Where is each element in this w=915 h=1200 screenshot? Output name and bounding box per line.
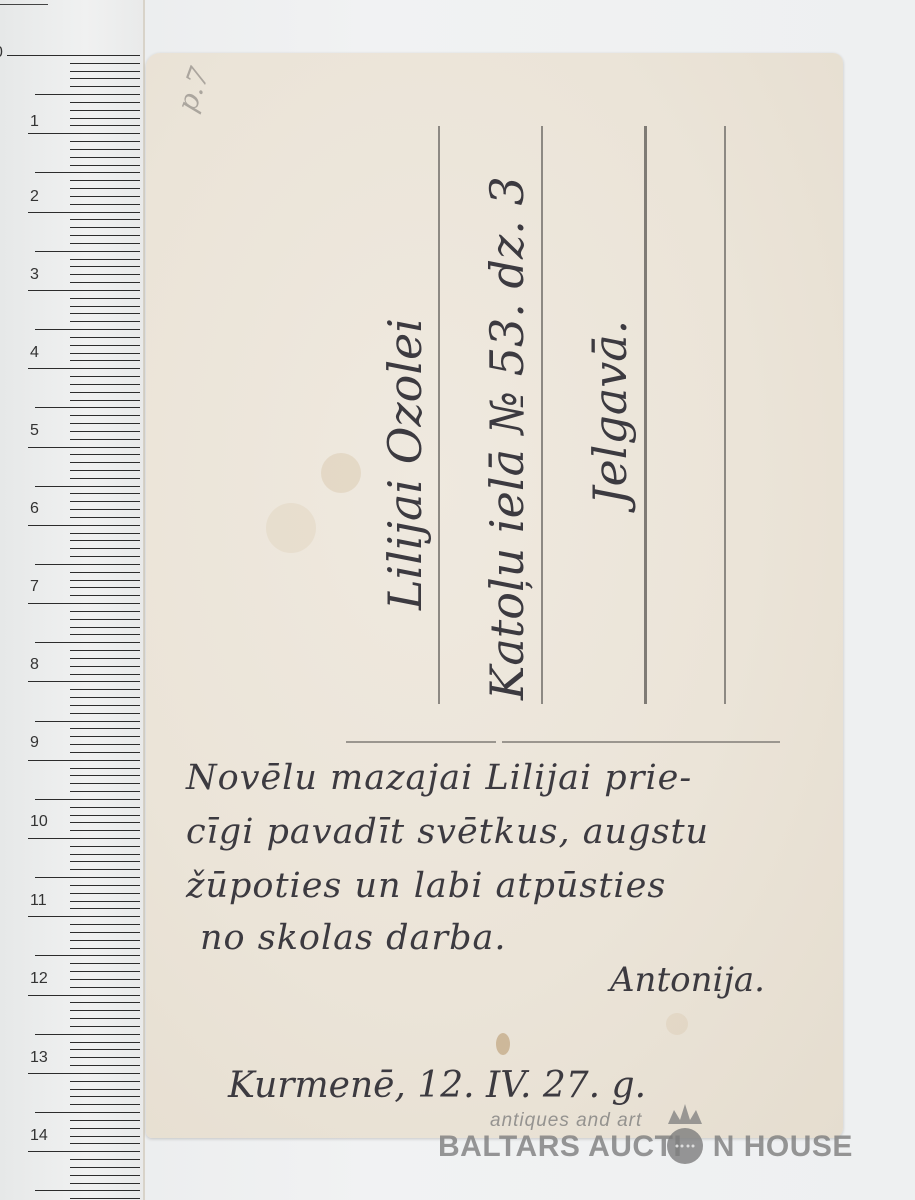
ruler-tick: [70, 180, 140, 181]
ruler-tick: [70, 885, 140, 886]
ruler-tick: [70, 861, 140, 862]
ruler-tick: [70, 971, 140, 972]
ruler-tick: [70, 439, 140, 440]
ruler-tick: [70, 313, 140, 314]
ruler-tick: [70, 125, 140, 126]
ruler-tick: [35, 1034, 140, 1035]
ruler-tick: [70, 400, 140, 401]
ruler-tick: [70, 1049, 140, 1050]
ruler-tick: [7, 55, 140, 56]
ruler-tick: [70, 360, 140, 361]
ruler-tick: [70, 353, 140, 354]
watermark-title: BALTARS AUCTI N HOUSE: [438, 1130, 853, 1164]
ruler-tick: [70, 846, 140, 847]
ruler-tick: [70, 1159, 140, 1160]
ruler-tick: [70, 517, 140, 518]
ruler-tick: [70, 979, 140, 980]
ruler-tick: [70, 266, 140, 267]
ruler-tick: [70, 1183, 140, 1184]
ruler-tick: [35, 407, 140, 408]
ruler-tick: [70, 243, 140, 244]
ruler-tick: [28, 838, 140, 839]
signature: Antonija.: [610, 960, 765, 1000]
ruler-tick: [70, 674, 140, 675]
ruler-tick: [70, 337, 140, 338]
ruler-tick: [70, 807, 140, 808]
ruler-tick: [35, 251, 140, 252]
ruler-tick: [70, 1136, 140, 1137]
ruler-tick: [70, 893, 140, 894]
ruler-tick: [70, 188, 140, 189]
ruler-tick: [70, 235, 140, 236]
pencil-note: p.7: [170, 63, 216, 116]
ruler-tick: [70, 509, 140, 510]
place-date: Kurmenē, 12. IV. 27. g.: [228, 1065, 646, 1106]
paper-stain: [266, 503, 316, 553]
ruler-tick: [70, 141, 140, 142]
ruler-tick: [70, 932, 140, 933]
ruler-tick: [70, 548, 140, 549]
message-line: no skolas darba.: [200, 918, 507, 958]
ruler-tick: [35, 564, 140, 565]
divider-line: [502, 741, 780, 743]
ruler-tick: [70, 854, 140, 855]
ruler-tick: [70, 219, 140, 220]
paper-stain: [496, 1033, 510, 1055]
ruler-tick: [70, 830, 140, 831]
ruler-label: 12: [30, 970, 48, 988]
ruler-tick: [35, 955, 140, 956]
ruler-tick: [70, 963, 140, 964]
ruler-tick: [70, 791, 140, 792]
ruler-tick: [70, 752, 140, 753]
ruler-tick: [70, 948, 140, 949]
ruler-tick: [35, 877, 140, 878]
ruler-label: 14: [30, 1127, 48, 1145]
ruler-tick: [70, 1042, 140, 1043]
ruler-tick: [70, 1081, 140, 1082]
ruler-label: 9: [30, 734, 39, 752]
ruler-tick: [70, 1026, 140, 1027]
ruler-tick: [70, 595, 140, 596]
ruler-tick: [70, 392, 140, 393]
ruler-tick: [70, 196, 140, 197]
ruler-label: 13: [30, 1049, 48, 1067]
ruler-tick: [28, 1073, 140, 1074]
ruler-tick: [28, 368, 140, 369]
ruler-tick: [70, 1120, 140, 1121]
ruler-tick: [70, 1096, 140, 1097]
ruler-tick: [70, 259, 140, 260]
ruler-tick: [35, 799, 140, 800]
message-line: žūpoties un labi atpūsties: [186, 866, 666, 906]
ruler-tick: [70, 431, 140, 432]
ruler-tick: [70, 1128, 140, 1129]
ruler-tick: [70, 110, 140, 111]
ruler-tick: [28, 290, 140, 291]
ruler-tick: [70, 815, 140, 816]
ruler-tick: [70, 634, 140, 635]
ruler-tick: [70, 493, 140, 494]
ruler-label: 2: [30, 188, 39, 206]
ruler-tick: [70, 149, 140, 150]
ruler-tick: [70, 415, 140, 416]
ruler-tick: [35, 721, 140, 722]
ruler-tick: [35, 329, 140, 330]
ruler-tick: [70, 204, 140, 205]
ruler-tick: [70, 783, 140, 784]
ruler-tick: [70, 1198, 140, 1199]
message-line: cīgi pavadīt svētkus, augstu: [186, 812, 709, 852]
ruler-tick: [35, 172, 140, 173]
ruler-tick: [70, 1175, 140, 1176]
divider-line: [346, 741, 496, 743]
ruler-tick: [28, 212, 140, 213]
ruler-tick: [28, 995, 140, 996]
paper-stain: [666, 1013, 688, 1035]
ruler-tick: [70, 78, 140, 79]
ruler-tick: [70, 1057, 140, 1058]
ruler-tick: [35, 642, 140, 643]
crown-orb-icon: [664, 1102, 706, 1166]
ruler-edge-line: [0, 4, 48, 5]
watermark-subtitle: antiques and art: [490, 1110, 642, 1132]
ruler-tick: [28, 760, 140, 761]
ruler-tick: [70, 869, 140, 870]
ruler-tick: [28, 1151, 140, 1152]
ruler-tick: [28, 603, 140, 604]
ruler-tick: [70, 580, 140, 581]
address-rule-double-line: [644, 126, 647, 704]
ruler-tick: [70, 165, 140, 166]
address-street: Katoļu ielā № 53. dz. 3: [480, 176, 534, 700]
ruler-tick: [70, 768, 140, 769]
ruler-tick: [70, 462, 140, 463]
ruler-tick: [70, 1018, 140, 1019]
ruler-tick: [70, 1002, 140, 1003]
address-rule-line: [541, 126, 543, 704]
ruler-label: 1: [30, 113, 39, 131]
measuring-ruler: 0 1 2 3 4 5 6 7 8 9 10 11 12 13 14: [0, 0, 145, 1200]
ruler-tick: [70, 689, 140, 690]
ruler-tick: [70, 321, 140, 322]
paper-stain: [321, 453, 361, 493]
ruler-tick: [35, 1112, 140, 1113]
ruler-label: 8: [30, 656, 39, 674]
ruler-tick: [70, 282, 140, 283]
ruler-tick: [70, 908, 140, 909]
ruler-tick: [70, 658, 140, 659]
ruler-tick: [70, 619, 140, 620]
ruler-tick: [35, 94, 140, 95]
address-city: Jelgavā.: [583, 320, 637, 505]
ruler-tick: [28, 681, 140, 682]
ruler-label: 11: [30, 892, 47, 910]
ruler-tick: [70, 298, 140, 299]
ruler-tick: [70, 1143, 140, 1144]
ruler-tick: [70, 728, 140, 729]
ruler-tick: [70, 1104, 140, 1105]
ruler-tick: [70, 627, 140, 628]
ruler-tick: [70, 454, 140, 455]
ruler-tick: [70, 1010, 140, 1011]
ruler-label: 10: [30, 813, 48, 831]
ruler-tick: [70, 572, 140, 573]
ruler-tick: [70, 924, 140, 925]
ruler-tick: [70, 697, 140, 698]
ruler-tick: [70, 587, 140, 588]
ruler-tick: [70, 775, 140, 776]
ruler-label: 6: [30, 500, 39, 518]
ruler-label: 5: [30, 422, 39, 440]
ruler-tick: [70, 736, 140, 737]
message-line: Novēlu mazajai Lilijai prie-: [186, 758, 692, 798]
address-rule-line: [438, 126, 440, 704]
ruler-tick: [70, 822, 140, 823]
ruler-tick: [35, 1190, 140, 1191]
ruler-tick: [70, 705, 140, 706]
ruler-tick: [70, 1167, 140, 1168]
ruler-tick: [28, 447, 140, 448]
ruler-tick: [70, 987, 140, 988]
ruler-tick: [35, 486, 140, 487]
ruler-tick: [70, 1065, 140, 1066]
ruler-tick: [70, 940, 140, 941]
ruler-tick: [70, 63, 140, 64]
ruler-tick: [70, 540, 140, 541]
ruler-tick: [70, 1089, 140, 1090]
ruler-tick: [70, 556, 140, 557]
ruler-tick: [70, 345, 140, 346]
ruler-tick: [70, 157, 140, 158]
ruler-tick: [70, 650, 140, 651]
ruler-tick: [28, 133, 140, 134]
ruler-tick: [28, 525, 140, 526]
ruler-tick: [70, 744, 140, 745]
ruler-label: 3: [30, 266, 39, 284]
ruler-tick: [70, 384, 140, 385]
ruler-tick: [70, 376, 140, 377]
ruler-label-zero: 0: [0, 44, 3, 62]
ruler-tick: [70, 71, 140, 72]
ruler-tick: [70, 102, 140, 103]
ruler-tick: [70, 306, 140, 307]
ruler-tick: [70, 666, 140, 667]
address-rule-line: [724, 126, 726, 704]
ruler-tick: [70, 611, 140, 612]
ruler-tick: [70, 86, 140, 87]
address-recipient: Lilijai Ozolei: [378, 318, 432, 610]
ruler-tick: [70, 533, 140, 534]
ruler-tick: [70, 274, 140, 275]
ruler-tick: [70, 423, 140, 424]
ruler-tick: [70, 501, 140, 502]
ruler-tick: [70, 478, 140, 479]
ruler-tick: [70, 901, 140, 902]
ruler-tick: [28, 916, 140, 917]
ruler-tick: [70, 470, 140, 471]
ruler-tick: [70, 118, 140, 119]
ruler-tick: [70, 227, 140, 228]
ruler-label: 7: [30, 578, 39, 596]
ruler-tick: [70, 713, 140, 714]
ruler-label: 4: [30, 344, 39, 362]
